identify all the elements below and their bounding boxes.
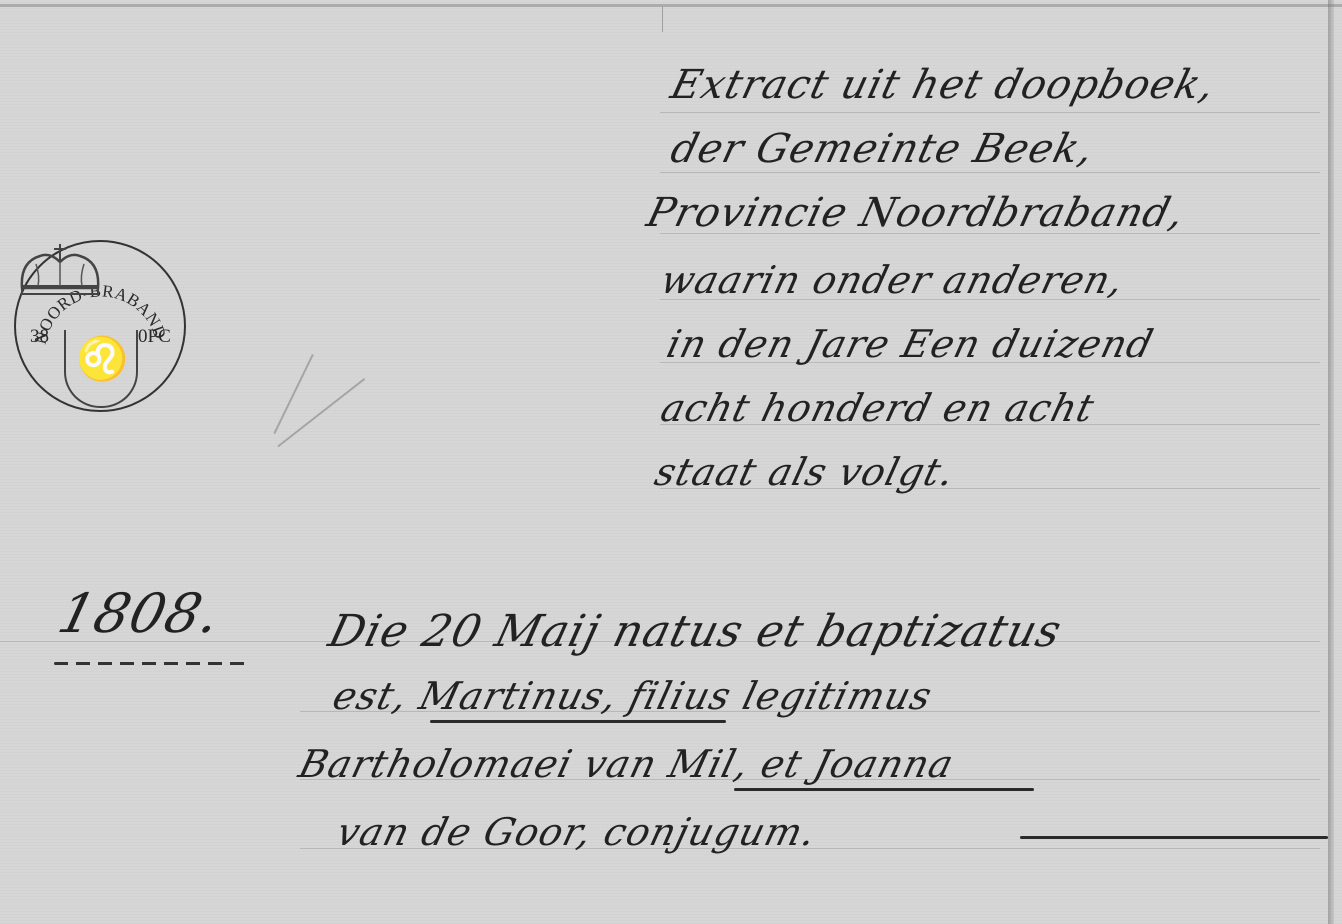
header-line-2: der Gemeinte Beek,: [666, 126, 1099, 172]
year-dashed-underline: [54, 662, 250, 665]
margin-year: 1808.: [52, 582, 227, 645]
lion-shield-icon: ♌: [64, 330, 138, 408]
stamp-value-left: 38: [30, 326, 49, 348]
lion-icon: ♌: [76, 338, 128, 380]
entry-line-4: van de Goor, conjugum.: [333, 810, 822, 854]
header-line-4: waarin onder anderen,: [657, 258, 1129, 302]
ruled-line: [660, 172, 1320, 173]
header-line-6: acht honderd en acht: [657, 386, 1100, 430]
header-line-5: in den Jare Een duizend: [663, 322, 1159, 366]
header-line-3: Provincie Noordbraband,: [642, 190, 1189, 236]
header-line-1: Extract uit het doopboek,: [666, 62, 1220, 108]
entry-line-1: Die 20 Maij natus et baptizatus: [324, 606, 1067, 657]
page-right-edge: [1328, 0, 1334, 924]
line-end-stroke: [1020, 836, 1328, 839]
revenue-stamp: NOORD-BRABAND. 38 0PC ♌: [14, 240, 186, 412]
ruled-line: [660, 112, 1320, 113]
page-fold-mark: [662, 6, 663, 32]
header-line-7: staat als volgt.: [651, 450, 960, 494]
crown-icon: [16, 242, 104, 300]
page-top-edge: [0, 4, 1342, 7]
pencil-mark: [277, 378, 365, 447]
stamp-value-right: 0PC: [138, 326, 171, 348]
name-underline-van-mil: [734, 788, 1034, 791]
entry-line-2: est, Martinus, filius legitimus: [329, 674, 937, 718]
entry-line-3: Bartholomaei van Mil, et Joanna: [295, 742, 959, 786]
name-underline-martinus: [430, 720, 726, 723]
